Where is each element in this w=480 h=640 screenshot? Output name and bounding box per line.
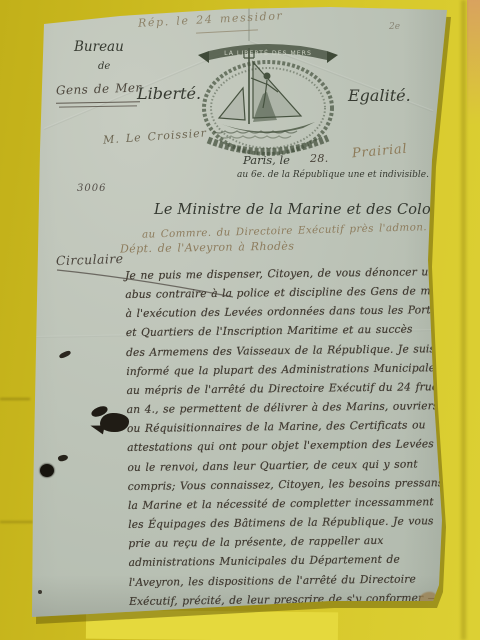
backdrop-crease-vertical (461, 0, 466, 640)
bureau-de-label: de (98, 61, 110, 72)
ink-dot (40, 464, 54, 477)
docket-note: Rép. le 24 messidor (138, 9, 284, 30)
bureau-service-name: Gens de Mer (56, 81, 142, 98)
ink-mark (59, 350, 72, 360)
bureau-underline (59, 105, 137, 108)
bureau-label: Bureau (74, 39, 124, 55)
letterhead-title: Le Ministre de la Marine et des Colonies… (154, 202, 467, 218)
backdrop-pink-edge (467, 0, 480, 125)
dateline-month: Prairial (351, 142, 408, 162)
pencil-mark: 2e (389, 22, 400, 32)
dateline-place: Paris, le (243, 153, 290, 167)
dateline-year: au 6e. de la République une et indivisib… (237, 170, 429, 180)
backdrop-crease-left-upper (0, 398, 30, 400)
equality-motto: Egalité. (348, 86, 411, 105)
dateline-day: 28. (310, 152, 329, 165)
address-line: Dépt. de l'Aveyron à Rhodès (120, 239, 295, 255)
ink-blot (100, 413, 129, 432)
ink-blot (89, 423, 105, 435)
vignette-banner-text: LA LIBERTÉ DES MERS (224, 48, 312, 57)
ink-mark (57, 454, 68, 462)
letter-body: Je ne puis me dispenser, Citoyen, de vou… (125, 262, 451, 611)
backdrop-crease-left-lower (0, 521, 33, 523)
registry-number: 3006 (77, 183, 106, 194)
ink-speck (38, 590, 42, 594)
photo-of-document: Rép. le 24 messidor 2e Bureau de Gens de… (0, 0, 480, 640)
letter-paper: Rép. le 24 messidor 2e Bureau de Gens de… (0, 0, 480, 640)
republic-marine-vignette: LA LIBERTÉ DES MERS (183, 36, 353, 160)
